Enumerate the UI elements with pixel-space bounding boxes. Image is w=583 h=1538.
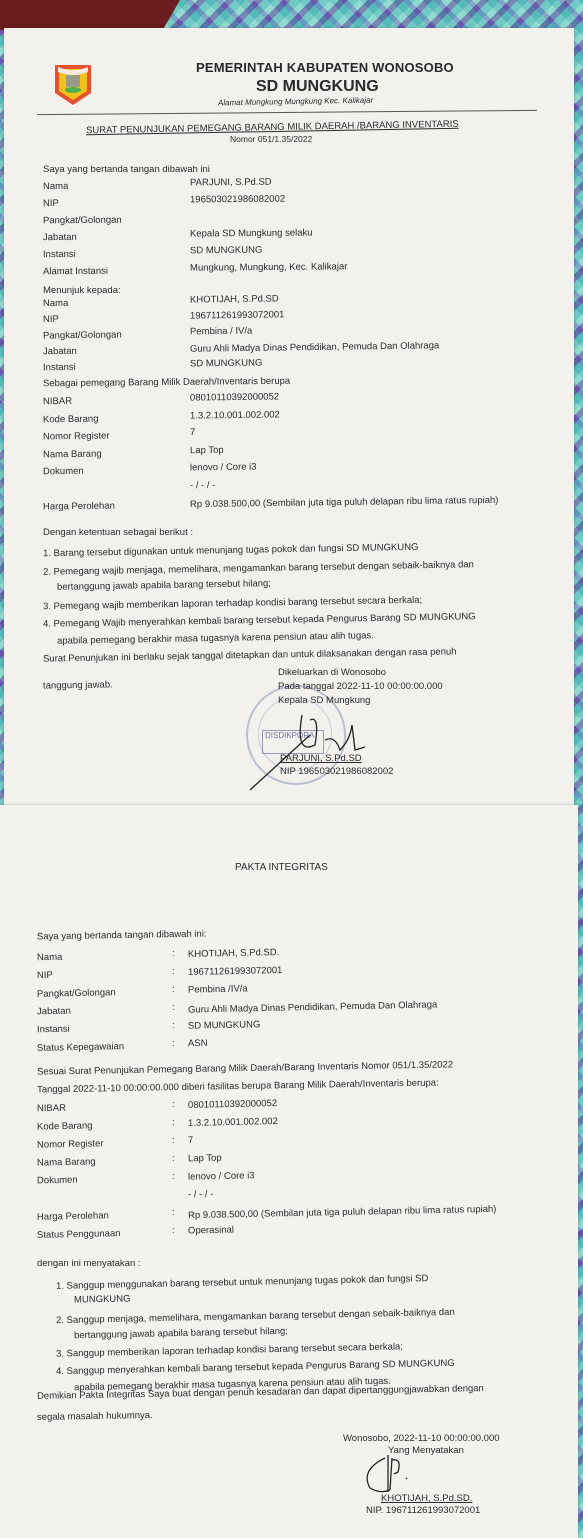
text-line: segala masalah hukumnya. bbox=[37, 1410, 153, 1423]
field-label: Jabatan bbox=[43, 232, 77, 243]
field-value: Pembina /IV/a bbox=[188, 983, 248, 995]
field-colon: : bbox=[172, 1099, 175, 1110]
field-label: Alamat Instansi bbox=[43, 266, 108, 278]
field-label: Status Penggunaan bbox=[37, 1228, 121, 1241]
field-value: Lap Top bbox=[188, 1153, 222, 1165]
school-name: SD MUNGKUNG bbox=[256, 78, 379, 96]
field-value: 196711261993072001 bbox=[188, 965, 283, 978]
field-colon: : bbox=[172, 966, 175, 977]
field-value: KHOTIJAH, S.Pd.SD bbox=[190, 293, 279, 305]
field-label: NIP bbox=[43, 314, 59, 325]
field-label: Nama bbox=[43, 181, 68, 192]
field-value: - / - / - bbox=[190, 479, 215, 490]
signer-nip: NIP 196503021986082002 bbox=[280, 766, 393, 777]
field-value: lenovo / Core i3 bbox=[188, 1170, 255, 1182]
field-colon: : bbox=[172, 1225, 175, 1236]
field-label: NIBAR bbox=[37, 1103, 66, 1115]
field-value: SD MUNGKUNG bbox=[190, 245, 262, 257]
field-value: 196711261993072001 bbox=[190, 309, 285, 321]
declare-label: dengan ini menyatakan : bbox=[37, 1258, 141, 1269]
field-value: PARJUNI, S.Pd.SD bbox=[190, 177, 272, 189]
field-colon: : bbox=[172, 1002, 175, 1013]
field-label: Dokumen bbox=[43, 466, 84, 478]
field-label: Status Kepegawaian bbox=[37, 1041, 124, 1054]
text-line: tanggung jawab. bbox=[43, 679, 113, 691]
field-value: 7 bbox=[190, 427, 195, 438]
text-line: MUNGKUNG bbox=[74, 1293, 131, 1305]
field-label: Harga Perolehan bbox=[43, 500, 115, 512]
field-value: 1.3.2.10.001.002.002 bbox=[190, 409, 280, 421]
field-value: KHOTIJAH, S.Pd.SD. bbox=[188, 947, 280, 960]
pakta-page bbox=[0, 805, 578, 1538]
field-label: Kode Barang bbox=[43, 413, 99, 425]
field-colon: : bbox=[172, 1117, 175, 1128]
field-label: NIBAR bbox=[43, 396, 72, 407]
field-value: SD MUNGKUNG bbox=[188, 1019, 261, 1032]
pakta-place-date: Wonosobo, 2022-11-10 00:00:00.000 bbox=[343, 1433, 500, 1444]
field-colon: : bbox=[172, 984, 175, 995]
field-value: ASN bbox=[188, 1038, 208, 1049]
field-colon: : bbox=[172, 1171, 175, 1182]
field-value: 08010110392000052 bbox=[190, 391, 279, 403]
field-label: Dokumen bbox=[37, 1175, 78, 1187]
signer-name: PARJUNI, S.Pd.SD bbox=[280, 753, 362, 764]
field-colon: : bbox=[172, 1038, 175, 1049]
field-value: Kepala SD Mungkung selaku bbox=[190, 227, 313, 239]
pakta-role: Yang Menyatakan bbox=[388, 1445, 464, 1456]
terms-label: Dengan ketentuan sebagai berikut : bbox=[43, 527, 193, 538]
field-label: Nomor Register bbox=[43, 431, 110, 443]
field-value: Operasinal bbox=[188, 1225, 234, 1237]
field-label: Nama bbox=[37, 952, 63, 964]
field-colon: : bbox=[172, 1020, 175, 1031]
field-label: Instansi bbox=[37, 1024, 70, 1036]
field-label: Nama Barang bbox=[37, 1156, 96, 1168]
field-colon: : bbox=[172, 948, 175, 959]
field-value: 196503021986082002 bbox=[190, 194, 285, 206]
field-value: - / - / - bbox=[188, 1189, 214, 1201]
kabupaten-wonosobo-crest-icon bbox=[53, 63, 93, 107]
field-label: Nama Barang bbox=[43, 448, 102, 460]
field-label: Instansi bbox=[43, 362, 76, 373]
field-value: 08010110392000052 bbox=[188, 1098, 277, 1111]
field-value: SD MUNGKUNG bbox=[190, 357, 262, 369]
field-label: Instansi bbox=[43, 249, 76, 260]
field-label: Pangkat/Golongan bbox=[43, 329, 122, 341]
field-label: Nomor Register bbox=[37, 1138, 104, 1150]
stamp-label: DISDIKPORA bbox=[262, 730, 324, 754]
field-colon: : bbox=[172, 1207, 175, 1218]
field-colon: : bbox=[172, 1135, 175, 1146]
field-value: lenovo / Core i3 bbox=[190, 462, 257, 474]
signer-intro: Saya yang bertanda tangan dibawah ini bbox=[43, 164, 210, 175]
issued-place: Dikeluarkan di Wonosobo bbox=[278, 667, 386, 678]
field-colon: : bbox=[172, 1153, 175, 1164]
issued-date: Pada tanggal 2022-11-10 00:00:00.000 bbox=[278, 681, 443, 692]
field-label: Kode Barang bbox=[37, 1120, 93, 1132]
field-value: 1.3.2.10.001.002.002 bbox=[188, 1116, 278, 1129]
field-label: Nama bbox=[43, 298, 68, 309]
pakta-signer-name: KHOTIJAH, S.Pd.SD. bbox=[381, 1493, 472, 1504]
field-label: Pangkat/Golongan bbox=[43, 215, 122, 227]
signer-position: Kepala SD Mungkung bbox=[278, 695, 370, 706]
appoint-label: Menunjuk kepada: bbox=[43, 285, 121, 296]
letter-number: Nomor 051/1.35/2022 bbox=[230, 134, 312, 144]
field-value: Pembina / IV/a bbox=[190, 326, 252, 338]
field-label: Pangkat/Golongan bbox=[37, 987, 116, 1000]
field-label: Jabatan bbox=[43, 346, 77, 357]
field-value: Mungkung, Mungkung, Kec. Kalikajar bbox=[190, 261, 347, 273]
field-label: Harga Perolehan bbox=[37, 1210, 109, 1223]
field-label: NIP bbox=[37, 970, 53, 981]
field-value: Lap Top bbox=[190, 444, 224, 455]
field-label: NIP bbox=[43, 198, 59, 209]
government-name: PEMERINTAH KABUPATEN WONOSOBO bbox=[196, 60, 454, 75]
pakta-signer-nip: NIP. 196711261993072001 bbox=[366, 1505, 480, 1516]
field-label: Jabatan bbox=[37, 1006, 71, 1018]
pakta-title: PAKTA INTEGRITAS bbox=[235, 862, 328, 873]
field-value: 7 bbox=[188, 1135, 194, 1146]
background-folder bbox=[0, 0, 180, 30]
